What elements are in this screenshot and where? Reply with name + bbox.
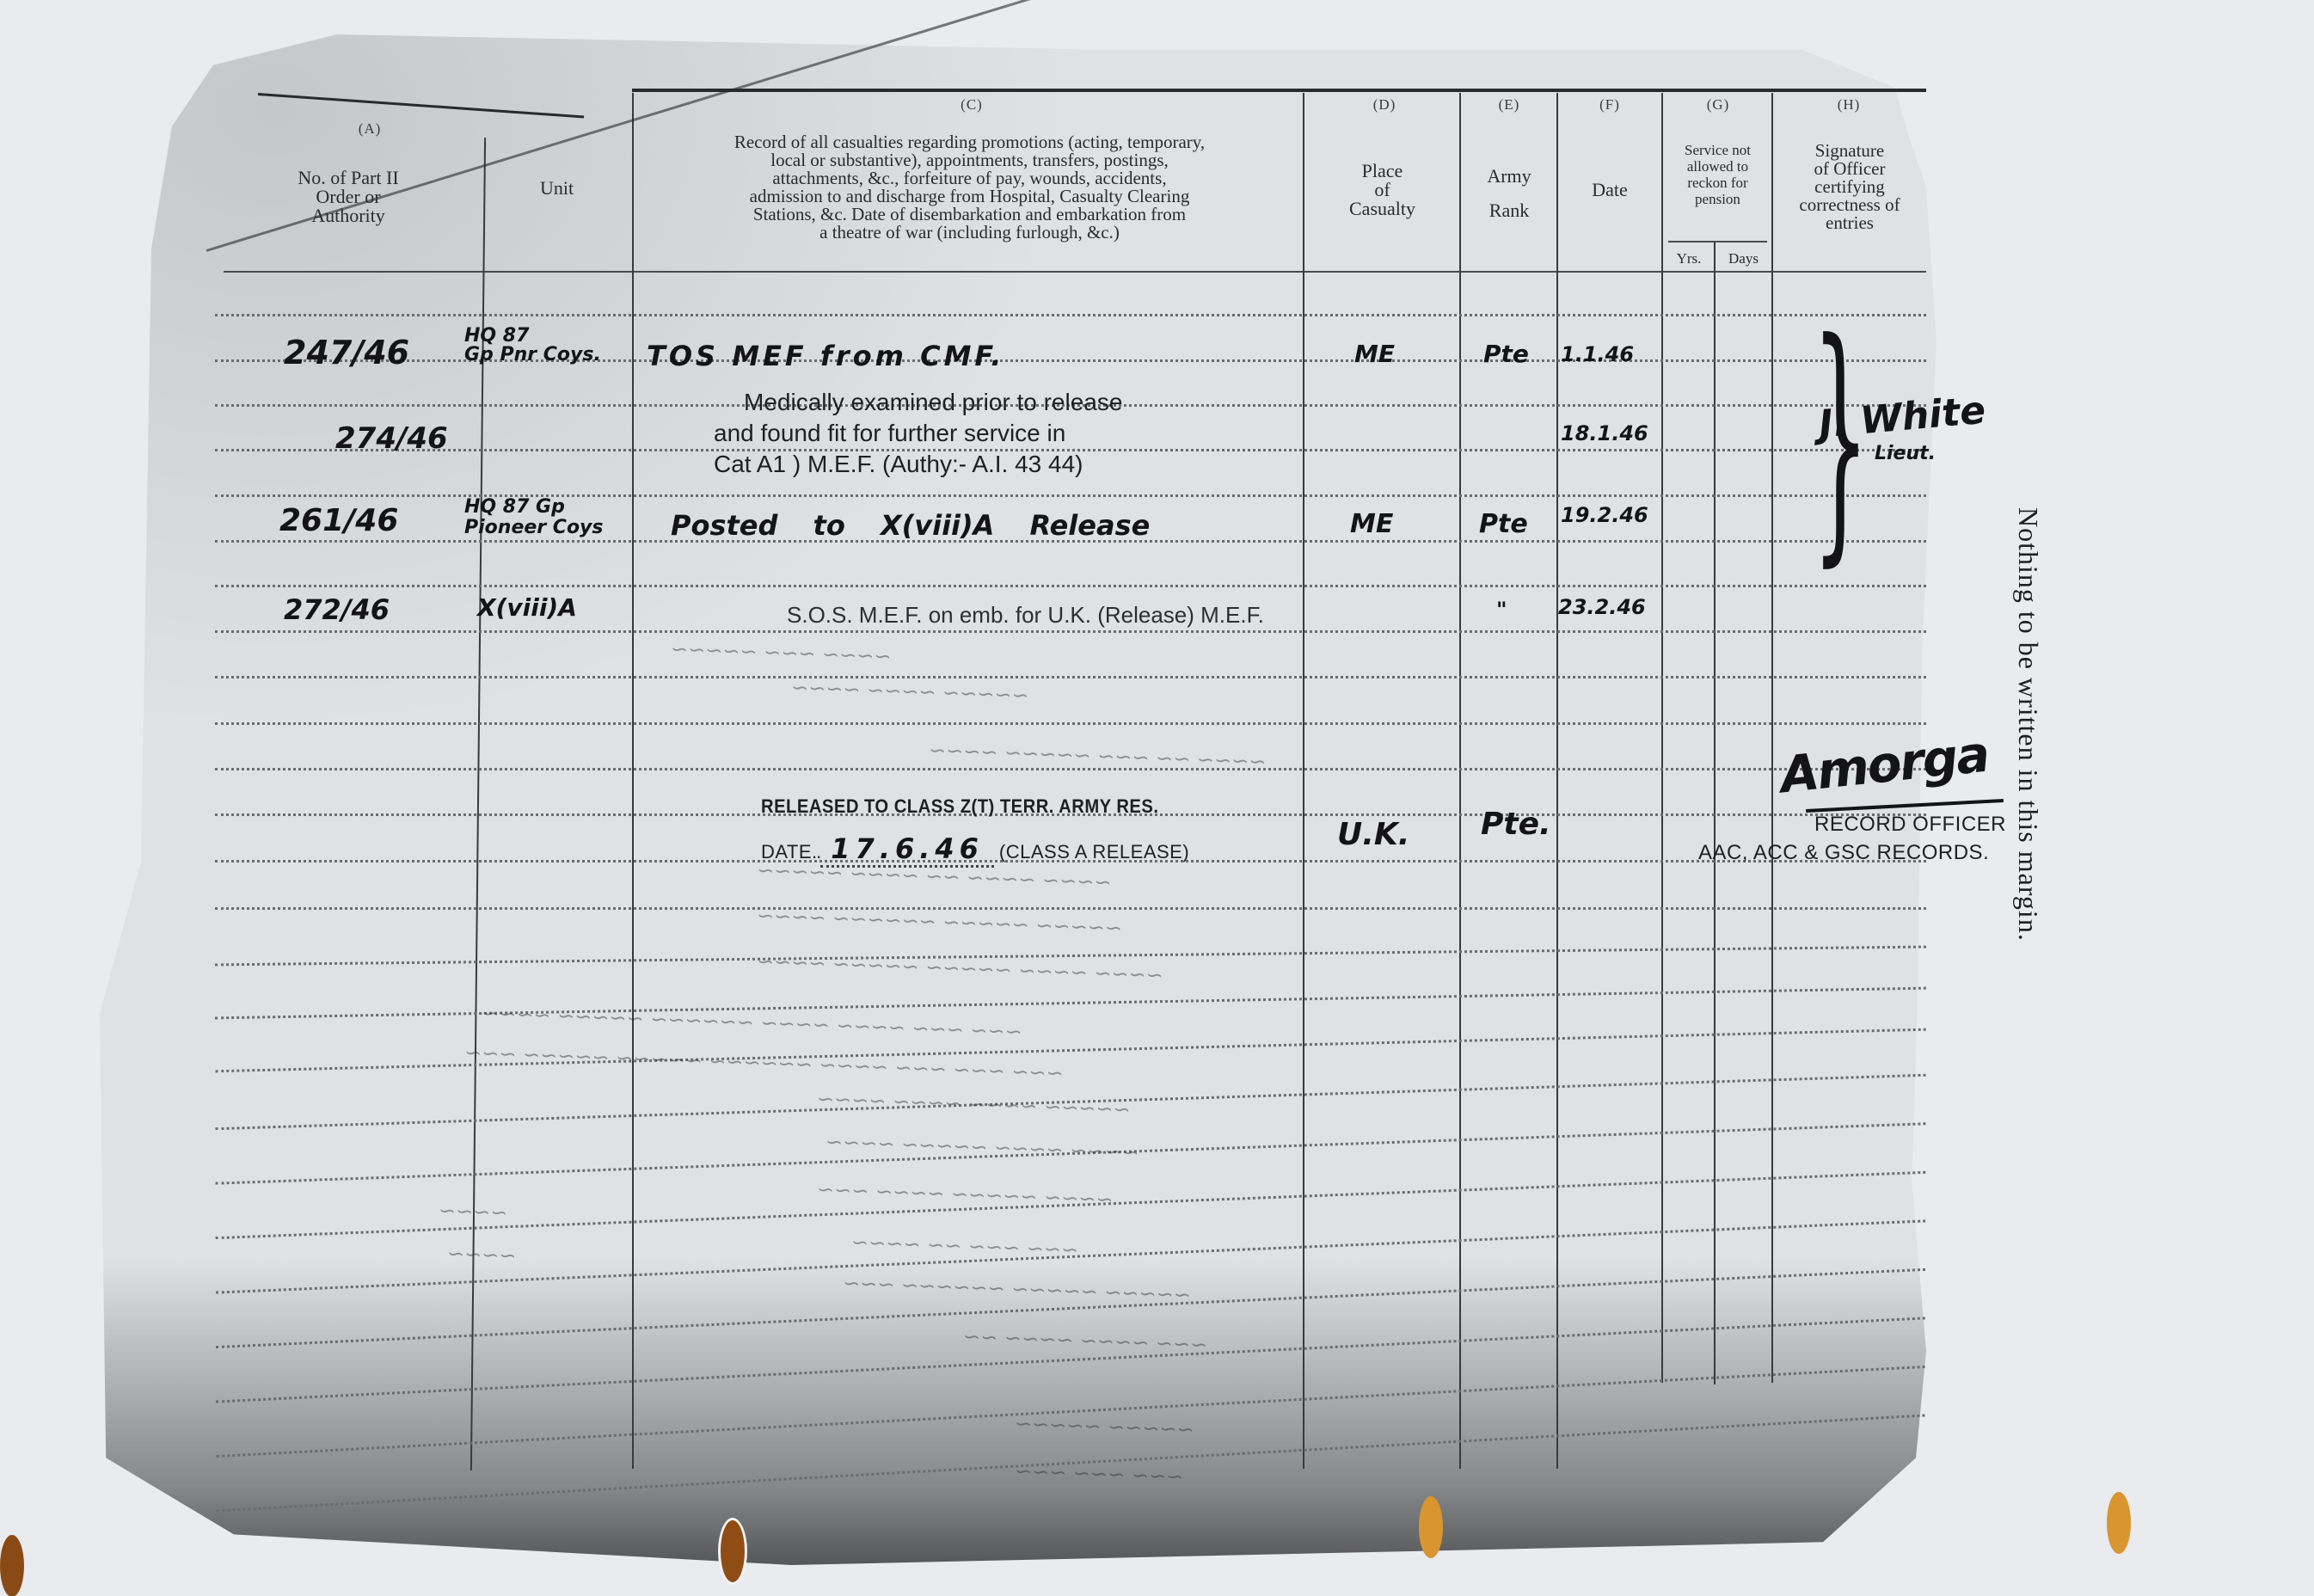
release-stamp-line1: RELEASED TO CLASS Z(T) TERR. ARMY RES. <box>761 795 1158 818</box>
record-officer-title: RECORD OFFICER <box>1814 813 2006 837</box>
column-line-f-g <box>1661 93 1663 1383</box>
record-officer-office: AAC, ACC & GSC RECORDS. <box>1698 841 1989 865</box>
release-rank: Pte. <box>1481 807 1551 842</box>
column-line-c-d <box>1303 93 1304 1469</box>
column-header-rank: Army Rank <box>1462 159 1556 228</box>
column-line-e-f <box>1556 93 1558 1469</box>
column-line-b-c <box>632 93 634 1469</box>
column-letter-g: (G) <box>1692 96 1744 114</box>
column-letter-d: (D) <box>1359 96 1410 114</box>
entry-unit: HQ 87 Gp Pnr Coys. <box>464 327 601 365</box>
column-header-unit: Unit <box>482 179 632 198</box>
entry-place: ME <box>1350 509 1393 539</box>
entry-date: 23.2.46 <box>1558 595 1646 619</box>
column-header-yrs: Yrs. <box>1664 249 1714 268</box>
punch-hole <box>2107 1492 2131 1554</box>
entry-order-number: 274/46 <box>335 421 448 456</box>
column-header-place: Place of Casualty <box>1307 162 1458 218</box>
column-letter-c: (C) <box>946 96 997 114</box>
entry-rank: " <box>1496 598 1507 622</box>
entry-order-number: 261/46 <box>279 503 398 538</box>
entry-unit: HQ 87 Gp Pioneer Coys <box>464 497 604 538</box>
entry-date: 19.2.46 <box>1561 503 1648 527</box>
certifying-officer-rank: Lieut. <box>1875 443 1936 464</box>
entry-place: ME <box>1354 340 1395 368</box>
entry-date: 18.1.46 <box>1561 421 1648 445</box>
column-header-record: Record of all casualties regarding promo… <box>641 133 1298 242</box>
column-header-date: Date <box>1558 181 1661 199</box>
column-letter-a: (A) <box>344 120 396 138</box>
column-line-g-h <box>1771 93 1773 1383</box>
entry-record: Posted to X(viii)A Release <box>671 509 1150 542</box>
entry-rank: Pte <box>1479 509 1528 539</box>
column-header-a: No. of Part II Order or Authority <box>275 169 421 225</box>
punch-hole <box>718 1518 747 1585</box>
header-bottom-rule <box>224 271 1926 273</box>
punch-hole <box>0 1535 24 1596</box>
column-line-g-yrs-days <box>1714 241 1716 1384</box>
entry-order-number: 247/46 <box>284 334 409 371</box>
column-header-days: Days <box>1716 249 1771 268</box>
entry-rank: Pte <box>1483 340 1529 368</box>
entry-record: TOS MEF from CMF. <box>647 340 1004 372</box>
column-g-subheader-rule <box>1668 241 1767 242</box>
entry-unit: X(viii)A <box>477 593 577 622</box>
entry-record: S.O.S. M.E.F. on emb. for U.K. (Release)… <box>787 602 1264 629</box>
column-letter-e: (E) <box>1483 96 1535 114</box>
entry-record: Medically examined prior to release and … <box>714 387 1122 480</box>
column-letter-f: (F) <box>1584 96 1636 114</box>
margin-note: Nothing to be written in this margin. <box>2012 507 2044 942</box>
column-header-pension: Service not allowed to reckon for pensio… <box>1664 142 1771 207</box>
entry-order-number: 272/46 <box>284 593 390 626</box>
punch-hole <box>1419 1496 1443 1558</box>
header-top-rule <box>632 89 1926 92</box>
column-letter-h: (H) <box>1823 96 1875 114</box>
column-line-d-e <box>1459 93 1461 1469</box>
entry-date: 1.1.46 <box>1561 342 1634 366</box>
column-header-signature: Signature of Officer certifying correctn… <box>1773 142 1926 232</box>
release-place: U.K. <box>1337 817 1409 852</box>
